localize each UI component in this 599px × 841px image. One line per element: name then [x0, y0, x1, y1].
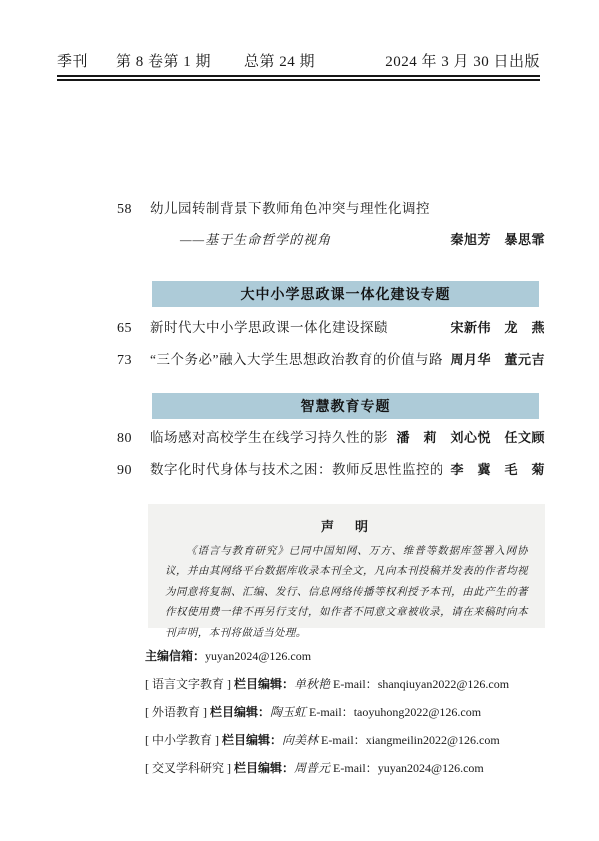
column-editor-line-foreign-language: [ 外语教育 ] 栏目编辑：陶玉虹 E-mail：taoyuhong2022@1…	[145, 704, 559, 721]
article-title: 临场感对高校学生在线学习持久性的影响研究	[150, 426, 388, 446]
article-title: 数字化时代身体与技术之困：教师反思性监控的纾解路径	[150, 458, 442, 478]
editor-email: yuyan2024@126.com	[378, 761, 484, 775]
toc-row-80: 80 临场感对高校学生在线学习持久性的影响研究 潘 莉 刘心悦 任文顾	[117, 426, 545, 447]
column-editor-line-interdisciplinary: [ 交叉学科研究 ] 栏目编辑：周普元 E-mail：yuyan2024@126…	[145, 760, 559, 777]
chief-editor-line: 主编信箱：yuyan2024@126.com	[145, 648, 559, 665]
editor-email: xiangmeilin2022@126.com	[366, 733, 500, 747]
column-name: [ 语言文字教育 ]	[145, 677, 234, 691]
journal-toc-page: 季刊 第 8 卷第 1 期 总第 24 期 2024 年 3 月 30 日出版 …	[0, 0, 599, 841]
column-editor-line-k12: [ 中小学教育 ] 栏目编辑：向美林 E-mail：xiangmeilin202…	[145, 732, 559, 749]
statement-title: 声 明	[148, 504, 545, 535]
frequency-label: 季刊	[57, 50, 88, 71]
copyright-statement-box: 声 明 《语言与教育研究》已同中国知网、万方、维普等数据库签署入网协议，并由其网…	[148, 504, 545, 628]
article-authors: 周月华 董元吉	[450, 349, 545, 368]
section-header-smart-education: 智慧教育专题	[152, 393, 539, 419]
page-number: 58	[117, 202, 150, 218]
cumulative-issue-label: 总第 24 期	[244, 50, 315, 71]
article-authors: 宋新伟 龙 燕	[450, 317, 545, 336]
email-label: E-mail：	[318, 733, 366, 747]
column-editor-label: 栏目编辑：	[234, 761, 294, 775]
article-authors: 潘 莉 刘心悦 任文顾	[396, 427, 545, 446]
article-title: 幼儿园转制背景下教师角色冲突与理性化调控	[150, 197, 545, 217]
page-number: 65	[117, 321, 150, 337]
page-number: 73	[117, 353, 150, 369]
editor-name: 周普元	[294, 761, 330, 775]
article-subtitle: ——基于生命哲学的视角	[180, 229, 442, 248]
section-header-label: 智慧教育专题	[301, 398, 391, 414]
chief-editor-email: yuyan2024@126.com	[205, 649, 311, 663]
column-name: [ 中小学教育 ]	[145, 733, 222, 747]
toc-row-58: 58 幼儿园转制背景下教师角色冲突与理性化调控	[117, 197, 545, 218]
chief-editor-label: 主编信箱：	[145, 649, 205, 663]
toc-row-65: 65 新时代大中小学思政课一体化建设探赜 宋新伟 龙 燕	[117, 316, 545, 337]
column-name: [ 外语教育 ]	[145, 705, 210, 719]
editor-name: 陶玉虹	[270, 705, 306, 719]
toc-row-90: 90 数字化时代身体与技术之困：教师反思性监控的纾解路径 李 冀 毛 菊	[117, 458, 545, 479]
page-number: 90	[117, 463, 150, 479]
email-label: E-mail：	[330, 761, 378, 775]
section-header-sizheng: 大中小学思政课一体化建设专题	[152, 281, 539, 307]
column-name: [ 交叉学科研究 ]	[145, 761, 234, 775]
editor-name: 单秋艳	[294, 677, 330, 691]
column-editor-label: 栏目编辑：	[210, 705, 270, 719]
masthead: 季刊 第 8 卷第 1 期 总第 24 期 2024 年 3 月 30 日出版	[57, 50, 540, 71]
email-label: E-mail：	[306, 705, 354, 719]
statement-body: 《语言与教育研究》已同中国知网、万方、维普等数据库签署入网协议，并由其网络平台数…	[165, 542, 528, 644]
editor-email: shanqiuyan2022@126.com	[378, 677, 509, 691]
page-number: 80	[117, 431, 150, 447]
publish-date-label: 2024 年 3 月 30 日出版	[385, 50, 540, 71]
toc-row-73: 73 “三个务必”融入大学生思想政治教育的价值与路径 周月华 董元吉	[117, 348, 545, 369]
toc-row-58-subtitle: ——基于生命哲学的视角 秦旭芳 暴思霏	[117, 229, 545, 248]
article-authors: 秦旭芳 暴思霏	[450, 229, 545, 248]
column-editor-label: 栏目编辑：	[234, 677, 294, 691]
volume-issue-label: 第 8 卷第 1 期	[116, 50, 211, 71]
masthead-double-rule	[57, 75, 540, 81]
article-title: “三个务必”融入大学生思想政治教育的价值与路径	[150, 348, 442, 368]
article-authors: 李 冀 毛 菊	[450, 459, 545, 478]
email-label: E-mail：	[330, 677, 378, 691]
article-title: 新时代大中小学思政课一体化建设探赜	[150, 316, 442, 336]
editor-email: taoyuhong2022@126.com	[354, 705, 481, 719]
editor-name: 向美林	[282, 733, 318, 747]
column-editor-label: 栏目编辑：	[222, 733, 282, 747]
editor-contacts: 主编信箱：yuyan2024@126.com [ 语言文字教育 ] 栏目编辑：单…	[145, 648, 559, 788]
column-editor-line-language: [ 语言文字教育 ] 栏目编辑：单秋艳 E-mail：shanqiuyan202…	[145, 676, 559, 693]
section-header-label: 大中小学思政课一体化建设专题	[241, 286, 451, 302]
